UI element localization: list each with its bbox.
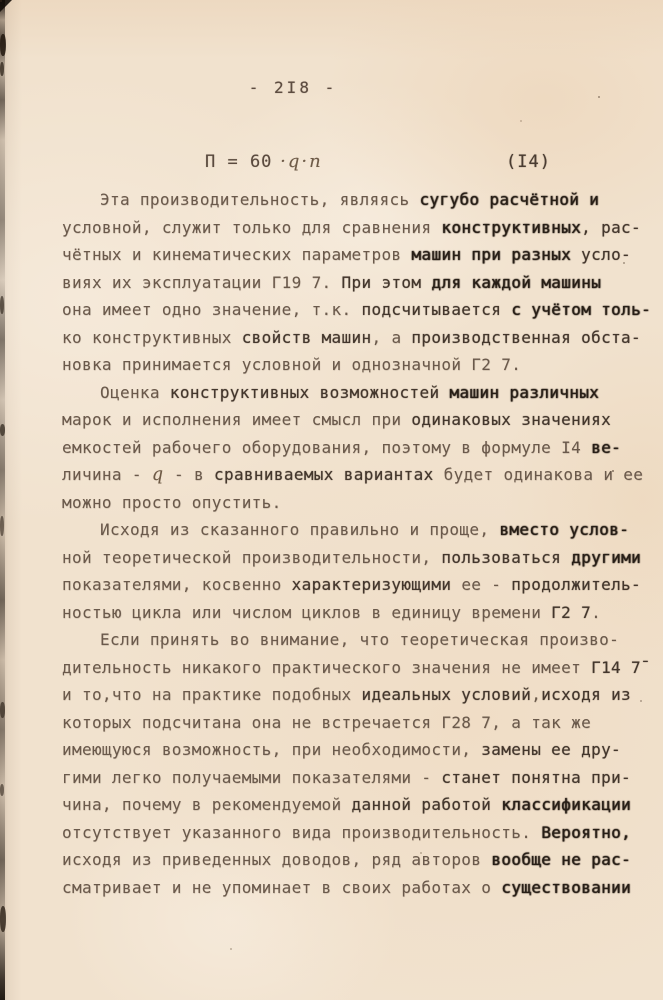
typewritten-text: одинаковых значениях bbox=[411, 410, 611, 429]
typewritten-text: , рас- bbox=[581, 218, 641, 237]
typewritten-text: Г14 7̄ bbox=[591, 658, 641, 677]
typewritten-text: замены ее дру- bbox=[481, 740, 621, 759]
typewritten-text: Оценка bbox=[100, 383, 170, 402]
text-line: и то,что на практике подобных идеальных … bbox=[62, 681, 618, 709]
dust-specks bbox=[0, 0, 2, 2]
text-line: отсутствует указанного вида производител… bbox=[62, 819, 618, 847]
text-line: виях их эксплуатации Г19 7. При этом для… bbox=[62, 269, 618, 297]
typewritten-text: ве- bbox=[591, 438, 621, 457]
typewritten-text: данной работой bbox=[352, 795, 502, 814]
typewritten-text: производственная обста- bbox=[411, 328, 641, 347]
typewritten-text: сугубо расчётной и bbox=[419, 190, 599, 209]
text-line: новка принимается условной и однозначной… bbox=[62, 351, 618, 379]
typewritten-text: усло- bbox=[571, 245, 631, 264]
text-line: личина - q - в сравниваемых вариантах бу… bbox=[62, 461, 618, 489]
edge-ink-mark bbox=[0, 62, 4, 76]
edge-ink-mark bbox=[0, 906, 6, 932]
typewritten-text: конструктивных bbox=[441, 218, 581, 237]
typewritten-text: , а bbox=[371, 328, 411, 347]
typewritten-text: существовании bbox=[501, 878, 631, 897]
typewritten-text: которых подсчитана она не встречается Г2… bbox=[62, 713, 591, 732]
typewritten-text: имеющуюся возможность, при необходимости… bbox=[62, 740, 481, 759]
text-line: ностью цикла или числом циклов в единицу… bbox=[62, 599, 618, 627]
text-line: Если принять во внимание, что теоретичес… bbox=[62, 626, 618, 654]
text-line: ко конструктивных свойств машин, а произ… bbox=[62, 324, 618, 352]
text-line: емкостей рабочего оборудования, поэтому … bbox=[62, 434, 618, 462]
typewritten-text: исходя из приведенных доводов, ряд автор… bbox=[62, 850, 491, 869]
formula-number: (I4) bbox=[506, 152, 551, 172]
typewritten-text: новка принимается условной и однозначной… bbox=[62, 355, 521, 374]
typewritten-text: ко конструктивных bbox=[62, 328, 242, 347]
text-line: имеющуюся возможность, при необходимости… bbox=[62, 736, 618, 764]
typewritten-text: для каждой машины bbox=[431, 273, 601, 292]
edge-ink-mark bbox=[0, 34, 6, 56]
typewritten-text: При этом bbox=[342, 273, 432, 292]
typewritten-text: свойств машин bbox=[242, 328, 372, 347]
typewritten-text: личина - bbox=[62, 465, 152, 484]
typewritten-text: с учётом толь- bbox=[511, 300, 651, 319]
typewritten-text: вместо услов- bbox=[499, 520, 629, 539]
formula-line: П = 60 ·q·n (I4) bbox=[205, 151, 613, 177]
typewritten-text: чётных и кинематических параметров bbox=[62, 245, 411, 264]
typewritten-text: Г2 7 bbox=[551, 603, 591, 622]
typewritten-text: . bbox=[591, 603, 601, 622]
formula-handwritten-part: ·q·n bbox=[272, 151, 322, 172]
text-line: чина, почему в рекомендуемой данной рабо… bbox=[62, 791, 618, 819]
typewritten-text: , bbox=[531, 685, 541, 704]
edge-ink-mark bbox=[0, 702, 5, 718]
text-line: можно просто опустить. bbox=[62, 489, 618, 517]
typewritten-text: ной теоретической производительности, bbox=[62, 548, 441, 567]
typewritten-text: продолжитель- bbox=[511, 575, 641, 594]
text-line: она имеет одно значение, т.к. подсчитыва… bbox=[62, 296, 618, 324]
typewritten-text: ее - bbox=[451, 575, 511, 594]
handwritten-text: q bbox=[152, 465, 164, 485]
scanned-page: - 2I8 - П = 60 ·q·n (I4) Эта производите… bbox=[0, 0, 663, 1000]
typewritten-text: другими bbox=[571, 548, 641, 567]
typewritten-text: гими легко получаемыми показателями - bbox=[62, 768, 441, 787]
text-line: которых подсчитана она не встречается Г2… bbox=[62, 709, 618, 737]
text-line: чётных и кинематических параметров машин… bbox=[62, 241, 618, 269]
typewritten-text: машин различных bbox=[449, 383, 599, 402]
text-line: Эта производительность, являясь сугубо р… bbox=[62, 186, 618, 214]
typewritten-text: сравниваемых вариантах bbox=[214, 465, 434, 484]
edge-ink-mark bbox=[0, 424, 5, 436]
text-line: показателями, косвенно характеризующими … bbox=[62, 571, 618, 599]
body-text: Эта производительность, являясь сугубо р… bbox=[62, 186, 618, 901]
typewritten-text: отсутствует указанного вида производител… bbox=[62, 823, 541, 842]
corner-shadow bbox=[0, 0, 12, 12]
typewritten-text: марок и исполнения имеет смысл при bbox=[62, 410, 411, 429]
typewritten-text: машин при разных bbox=[411, 245, 571, 264]
text-line: ной теоретической производительности, по… bbox=[62, 544, 618, 572]
text-line: Исходя из сказанного правильно и проще, … bbox=[62, 516, 618, 544]
typewritten-text: пользоваться bbox=[441, 548, 571, 567]
typewritten-text: можно просто опустить. bbox=[62, 493, 282, 512]
typewritten-text: показателями, косвенно bbox=[62, 575, 292, 594]
typewritten-text: она имеет одно значение, т.к. bbox=[62, 300, 361, 319]
text-line: сматривает и не упоминает в своих работа… bbox=[62, 874, 618, 902]
edge-ink-mark bbox=[0, 784, 4, 796]
typewritten-text: сматривает и не упоминает в своих работа… bbox=[62, 878, 501, 897]
typewritten-text: Исходя из сказанного правильно и проще, bbox=[100, 520, 499, 539]
edge-ink-mark bbox=[0, 516, 4, 536]
typewritten-text: Эта производительность, являясь bbox=[100, 190, 419, 209]
typewritten-text: емкостей рабочего оборудования, поэтому … bbox=[62, 438, 591, 457]
text-line: гими легко получаемыми показателями - ст… bbox=[62, 764, 618, 792]
typewritten-text: станет понятна при- bbox=[441, 768, 631, 787]
typewritten-text: виях их эксплуатации Г19 7. bbox=[62, 273, 342, 292]
typewritten-text: условной, служит только для сравнения bbox=[62, 218, 441, 237]
typewritten-text: и то,что на практике подобных bbox=[62, 685, 361, 704]
edge-ink-mark bbox=[0, 296, 4, 314]
typewritten-text: будет одинакова и ее bbox=[434, 465, 644, 484]
typewritten-text: Вероятно, bbox=[541, 823, 631, 842]
text-line: марок и исполнения имеет смысл при одина… bbox=[62, 406, 618, 434]
typewritten-text: классификации bbox=[501, 795, 631, 814]
typewritten-text: исходя из bbox=[541, 685, 631, 704]
typewritten-text: Если принять во внимание, что теоретичес… bbox=[100, 630, 619, 649]
page-number: - 2I8 - bbox=[228, 78, 358, 97]
text-line: исходя из приведенных доводов, ряд автор… bbox=[62, 846, 618, 874]
typewritten-text: - в bbox=[164, 465, 214, 484]
typewritten-text: конструктивных возможностей bbox=[170, 383, 450, 402]
typewritten-text: подсчитывается bbox=[361, 300, 511, 319]
text-line: условной, служит только для сравнения ко… bbox=[62, 214, 618, 242]
typewritten-text: ностью цикла или числом циклов в единицу… bbox=[62, 603, 551, 622]
text-line: Оценка конструктивных возможностей машин… bbox=[62, 379, 618, 407]
formula-typed-part: П = 60 bbox=[205, 152, 272, 172]
text-line: дительность никакого практического значе… bbox=[62, 654, 618, 682]
typewritten-text: идеальных условий bbox=[361, 685, 531, 704]
typewritten-text: дительность никакого практического значе… bbox=[62, 658, 591, 677]
typewritten-text: характеризующими bbox=[292, 575, 452, 594]
typewritten-text: чина, почему в рекомендуемой bbox=[62, 795, 352, 814]
page-edge-shadow bbox=[0, 0, 5, 1000]
typewritten-text: вообще не рас- bbox=[491, 850, 631, 869]
